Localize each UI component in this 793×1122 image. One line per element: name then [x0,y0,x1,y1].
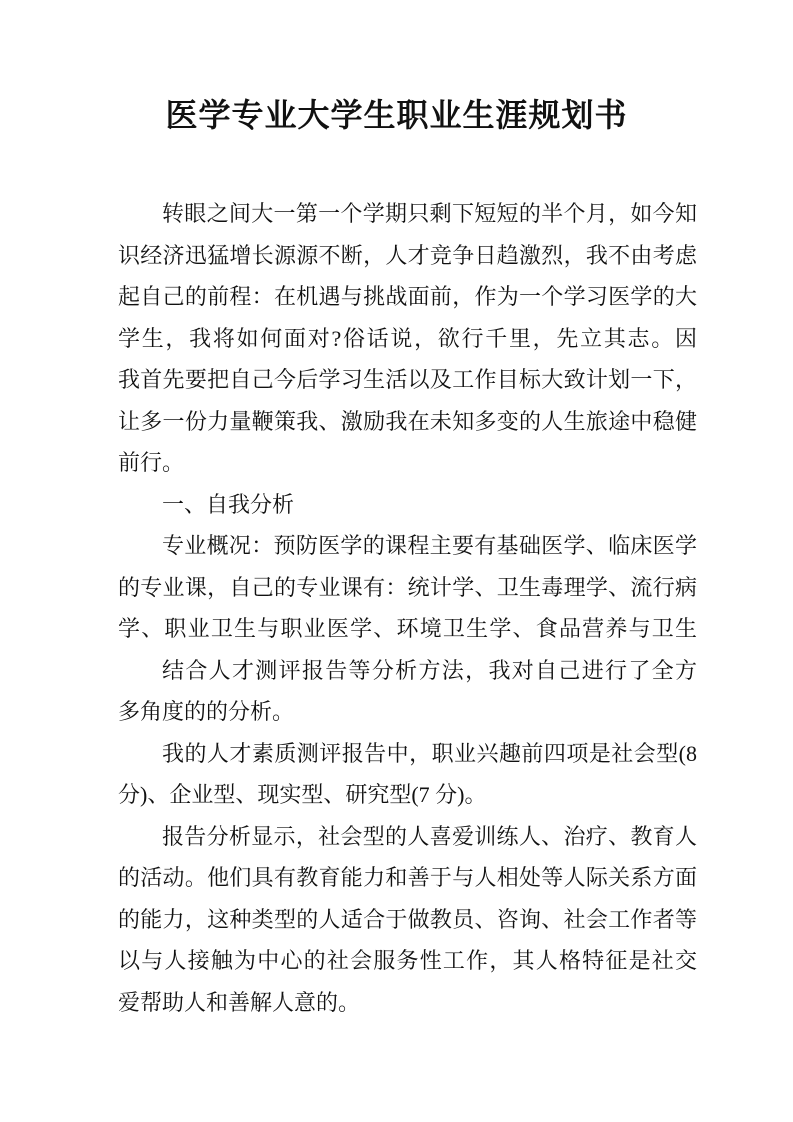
text-line: 以与人接触为中心的社会服务性工作，其人格特征是社交的、 [118,940,697,982]
text-line: 学、职业卫生与职业医学、环境卫生学、食品营养与卫生学。 [118,608,697,650]
paragraph-assessment-method: 结合人才测评报告等分析方法，我对自己进行了全方位、多角度的的分析。 [118,650,697,733]
text-line: 学生，我将如何面对?俗话说，欲行千里，先立其志。因此， [118,318,697,360]
paragraph-intro: 转眼之间大一第一个学期只剩下短短的半个月，如今知识经济迅猛增长源源不断，人才竞争… [118,193,697,484]
text-line: 识经济迅猛增长源源不断，人才竞争日趋激烈，我不由考虑 [118,235,697,277]
text-line: 让多一份力量鞭策我、激励我在未知多变的人生旅途中稳健 [118,401,697,443]
paragraph-major-overview: 专业概况：预防医学的课程主要有基础医学、临床医学的专业课，自己的专业课有：统计学… [118,525,697,650]
text-line: 的能力，这种类型的人适合于做教员、咨询、社会工作者等 [118,899,697,941]
paragraph-section-heading-self-analysis: 一、自我分析 [118,484,697,526]
document-title: 医学专业大学生职业生涯规划书 [0,0,793,136]
text-line: 的活动。他们具有教育能力和善于与人相处等人际关系方面 [118,857,697,899]
text-line: 报告分析显示，社会型的人喜爱训练人、治疗、教育人 [118,816,697,858]
document-page: 医学专业大学生职业生涯规划书 转眼之间大一第一个学期只剩下短短的半个月，如今知识… [0,0,793,1122]
text-line: 分)、企业型、现实型、研究型(7 分)。 [118,774,697,816]
text-line: 专业概况：预防医学的课程主要有基础医学、临床医学 [118,525,697,567]
text-line: 多角度的的分析。 [118,691,697,733]
text-line: 结合人才测评报告等分析方法，我对自己进行了全方位、 [118,650,697,692]
text-line: 的专业课，自己的专业课有：统计学、卫生毒理学、流行病 [118,567,697,609]
text-line: 前行。 [118,442,697,484]
paragraph-assessment-result: 我的人才素质测评报告中，职业兴趣前四项是社会型(8分)、企业型、现实型、研究型(… [118,733,697,816]
document-body: 转眼之间大一第一个学期只剩下短短的半个月，如今知识经济迅猛增长源源不断，人才竞争… [0,193,793,1023]
paragraph-report-analysis: 报告分析显示，社会型的人喜爱训练人、治疗、教育人的活动。他们具有教育能力和善于与… [118,816,697,1024]
text-line: 一、自我分析 [118,484,697,526]
text-line: 我的人才素质测评报告中，职业兴趣前四项是社会型(8 [118,733,697,775]
text-line: 爱帮助人和善解人意的。 [118,982,697,1024]
text-line: 我首先要把自己今后学习生活以及工作目标大致计划一下， [118,359,697,401]
text-line: 起自己的前程：在机遇与挑战面前，作为一个学习医学的大 [118,276,697,318]
text-line: 转眼之间大一第一个学期只剩下短短的半个月，如今知 [118,193,697,235]
